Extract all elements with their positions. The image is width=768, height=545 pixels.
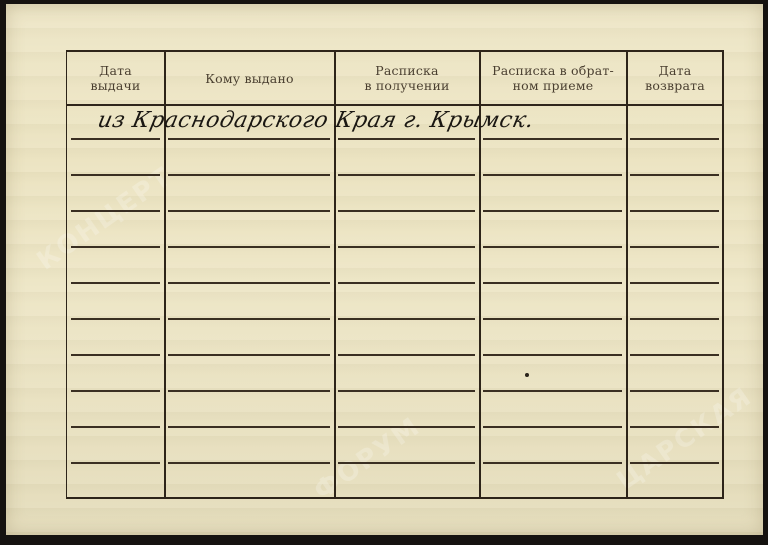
row-rule bbox=[338, 210, 475, 212]
column-divider bbox=[626, 52, 628, 497]
row-rule bbox=[71, 246, 160, 248]
header-return-signature: Расписка в обрат-ном приеме bbox=[480, 52, 626, 104]
header-issue-date: Датавыдачи bbox=[67, 52, 164, 104]
row-rule bbox=[630, 138, 719, 140]
row-rule bbox=[630, 426, 719, 428]
row-rule bbox=[71, 390, 160, 392]
row-rule bbox=[71, 174, 160, 176]
row-rule bbox=[630, 210, 719, 212]
row-rule bbox=[168, 462, 330, 464]
row-rule bbox=[630, 390, 719, 392]
row-rule bbox=[630, 246, 719, 248]
row-rule bbox=[168, 210, 330, 212]
header-return-date: Датавозврата bbox=[627, 52, 723, 104]
row-rule bbox=[630, 462, 719, 464]
row-rule bbox=[630, 282, 719, 284]
header-text: ном приеме bbox=[492, 78, 614, 93]
row-rule bbox=[483, 174, 622, 176]
row-rule bbox=[71, 354, 160, 356]
header-text: Дата bbox=[645, 63, 705, 78]
row-rule bbox=[71, 318, 160, 320]
header-receipt-signature: Распискав получении bbox=[335, 52, 479, 104]
row-rule bbox=[168, 318, 330, 320]
header-text: возврата bbox=[645, 78, 705, 93]
row-rule bbox=[483, 282, 622, 284]
handwritten-entry: из Краснодарского Края г. Крымск. bbox=[95, 108, 536, 133]
row-rule bbox=[338, 318, 475, 320]
header-text: Дата bbox=[91, 63, 141, 78]
row-rule bbox=[338, 462, 475, 464]
row-rule bbox=[630, 174, 719, 176]
row-rule bbox=[338, 390, 475, 392]
row-rule bbox=[483, 426, 622, 428]
row-rule bbox=[338, 354, 475, 356]
row-rule bbox=[168, 174, 330, 176]
row-rule bbox=[168, 246, 330, 248]
row-rule bbox=[483, 354, 622, 356]
header-issued-to: Кому выдано bbox=[165, 52, 334, 104]
row-rule bbox=[630, 318, 719, 320]
row-rule bbox=[168, 354, 330, 356]
table-header: Датавыдачи Кому выдано Распискав получен… bbox=[67, 52, 722, 106]
header-text: в получении bbox=[364, 78, 449, 93]
row-rule bbox=[630, 354, 719, 356]
header-text: Кому выдано bbox=[205, 71, 293, 86]
row-rule bbox=[168, 426, 330, 428]
row-rule bbox=[168, 138, 330, 140]
row-rule bbox=[483, 390, 622, 392]
row-rule bbox=[71, 210, 160, 212]
row-rule bbox=[483, 210, 622, 212]
ink-speck bbox=[525, 373, 529, 377]
row-rule bbox=[168, 390, 330, 392]
row-rule bbox=[71, 426, 160, 428]
row-rule bbox=[483, 462, 622, 464]
row-rule bbox=[338, 282, 475, 284]
row-rule bbox=[71, 138, 160, 140]
document-page: КОНЦЕРТ ФОРУМ ЦАРСКАЯ Датавыдачи Кому вы… bbox=[6, 4, 763, 535]
row-rule bbox=[483, 318, 622, 320]
row-rule bbox=[338, 138, 475, 140]
header-text: выдачи bbox=[91, 78, 141, 93]
row-rule bbox=[483, 138, 622, 140]
header-text: Расписка bbox=[364, 63, 449, 78]
row-rule bbox=[338, 174, 475, 176]
header-text: Расписка в обрат- bbox=[492, 63, 614, 78]
row-rule bbox=[338, 246, 475, 248]
row-rule bbox=[338, 426, 475, 428]
row-rule bbox=[483, 246, 622, 248]
row-rule bbox=[168, 282, 330, 284]
row-rule bbox=[71, 462, 160, 464]
row-rule bbox=[71, 282, 160, 284]
